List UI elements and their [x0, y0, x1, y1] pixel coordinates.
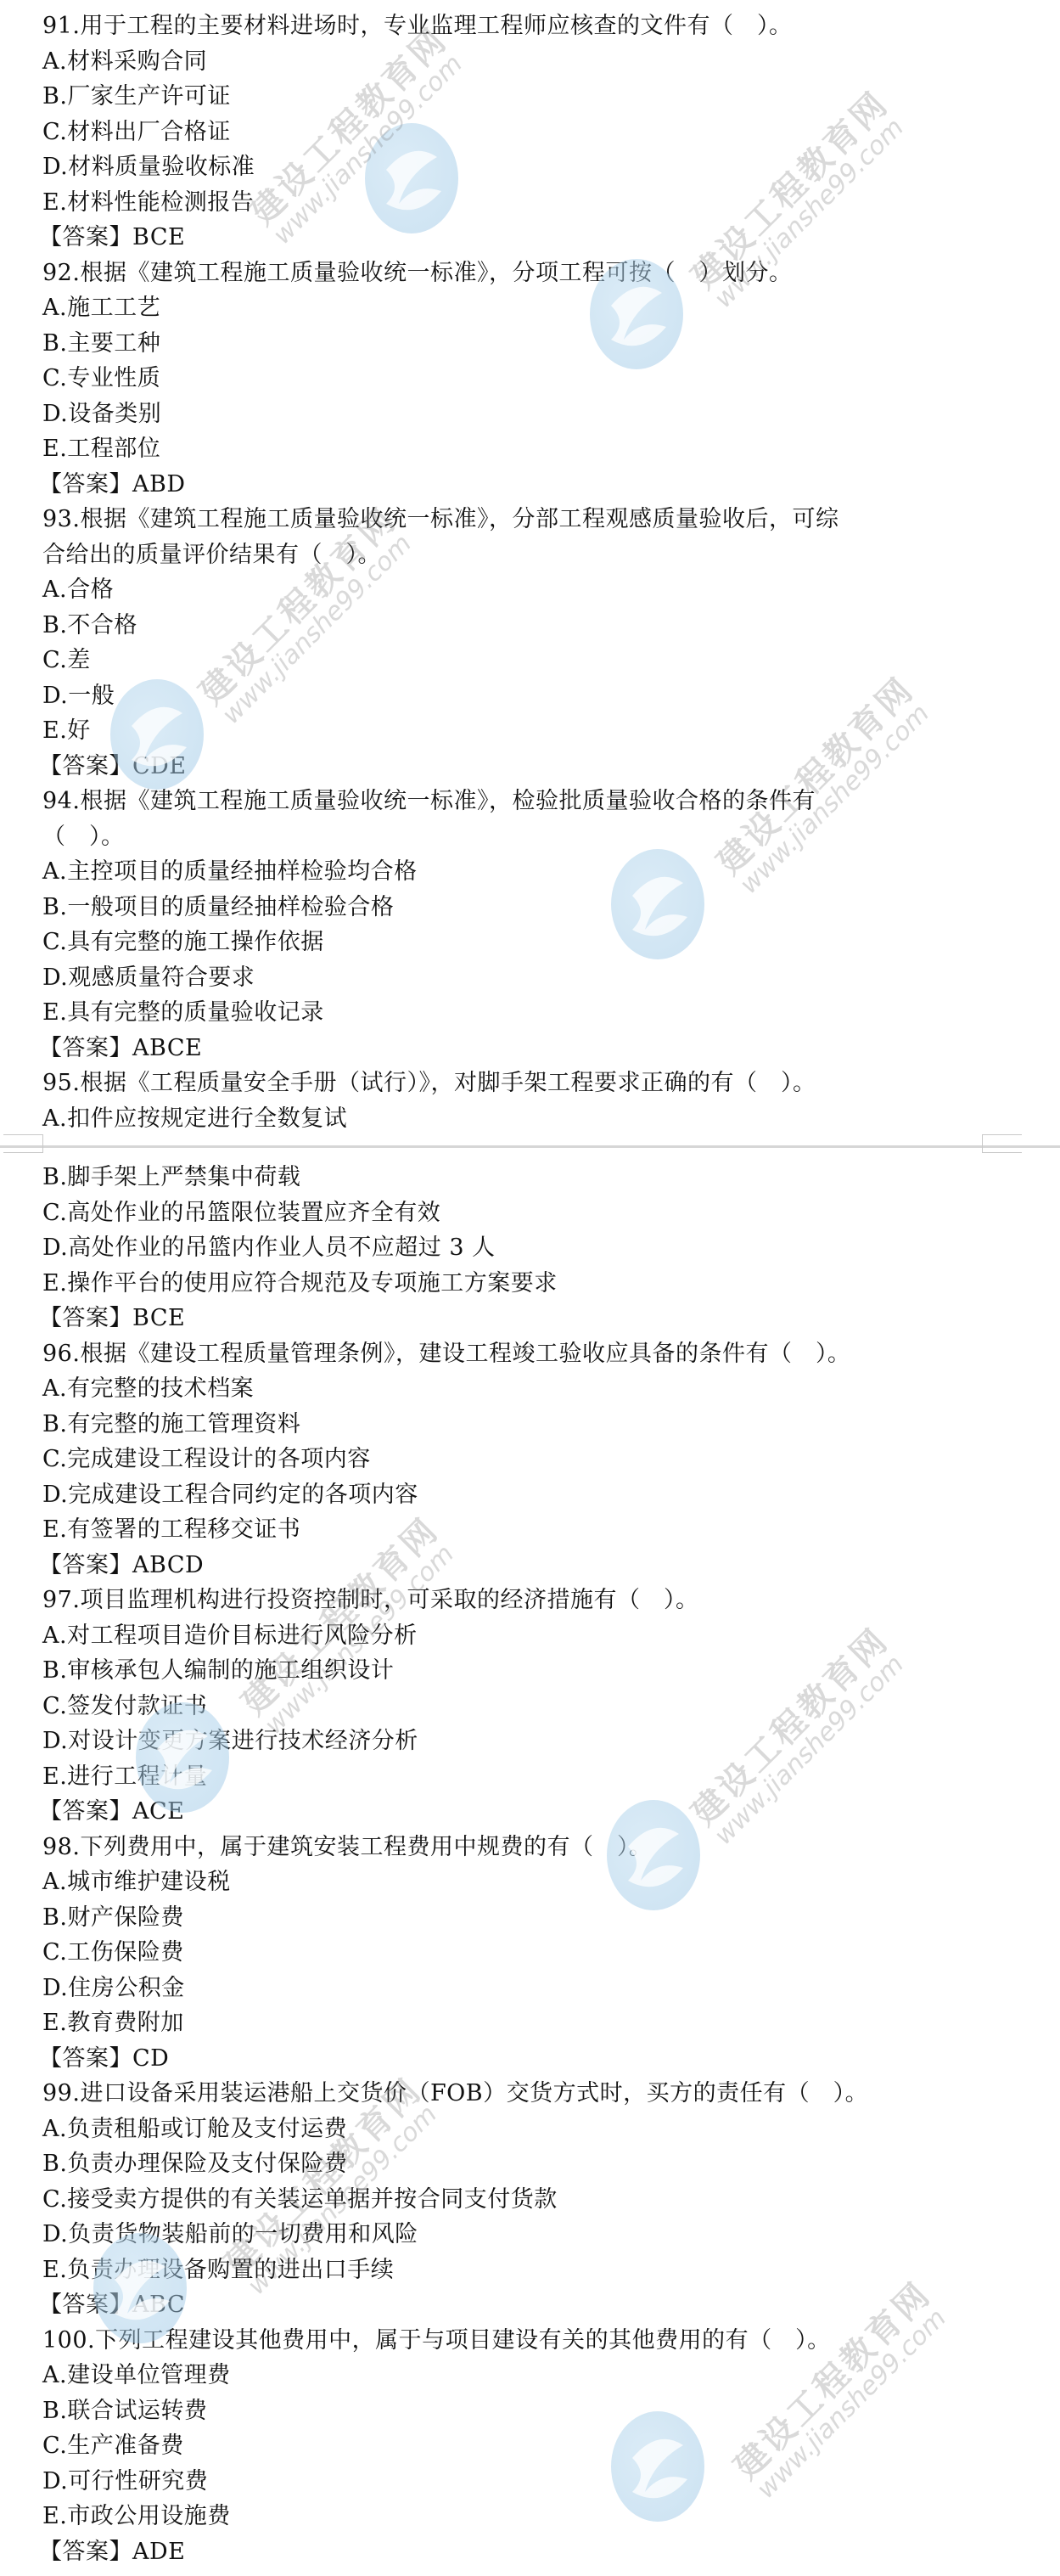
answer-label: 【答案】ABC — [39, 2287, 1018, 2323]
option-e: E.市政公用设施费 — [42, 2499, 1018, 2534]
question-stem: 91.用于工程的主要材料进场时，专业监理工程师应核查的文件有（ ）。 — [42, 8, 1018, 44]
question-stem: 92.根据《建筑工程施工质量验收统一标准》，分项工程可按（ ）划分。 — [42, 256, 1018, 291]
option-e: E.进行工程计量 — [42, 1759, 1018, 1795]
option-b: B.主要工种 — [42, 326, 1018, 362]
option-c: C.工伤保险费 — [42, 1935, 1018, 1971]
question-stem: 96.根据《建设工程质量管理条例》，建设工程竣工验收应具备的条件有（ ）。 — [42, 1336, 1018, 1372]
question-stem: 97.项目监理机构进行投资控制时，可采取的经济措施有（ ）。 — [42, 1583, 1018, 1618]
option-a: A.施工工艺 — [42, 290, 1018, 326]
answer-label: 【答案】CD — [39, 2041, 1018, 2077]
option-e: E.好 — [42, 713, 1018, 749]
option-b: B.厂家生产许可证 — [42, 79, 1018, 115]
question-block-92: 92.根据《建筑工程施工质量验收统一标准》，分项工程可按（ ）划分。 A.施工工… — [42, 256, 1018, 503]
option-c: C.接受卖方提供的有关装运单据并按合同支付货款 — [42, 2182, 1018, 2218]
answer-label: 【答案】ACE — [39, 1794, 1018, 1830]
question-block-94: 94.根据《建筑工程施工质量验收统一标准》，检验批质量验收合格的条件有 （ ）。… — [42, 784, 1018, 1066]
option-c: C.专业性质 — [42, 361, 1018, 397]
question-block-100: 100.下列工程建设其他费用中，属于与项目建设有关的其他费用的有（ ）。 A.建… — [42, 2323, 1018, 2570]
option-c: C.高处作业的吊篮限位装置应齐全有效 — [42, 1195, 1018, 1231]
question-block-93: 93.根据《建筑工程施工质量验收统一标准》，分部工程观感质量验收后，可综 合给出… — [42, 502, 1018, 784]
page-corner-mark-left — [3, 1134, 43, 1153]
option-e: E.有签署的工程移交证书 — [42, 1512, 1018, 1548]
answer-label: 【答案】BCE — [39, 1301, 1018, 1336]
question-block-96: 96.根据《建设工程质量管理条例》，建设工程竣工验收应具备的条件有（ ）。 A.… — [42, 1336, 1018, 1583]
option-b: B.一般项目的质量经抽样检验合格 — [42, 890, 1018, 925]
option-a: A.建设单位管理费 — [42, 2358, 1018, 2393]
option-d: D.对设计变更方案进行技术经济分析 — [42, 1724, 1018, 1759]
answer-label: 【答案】CDE — [39, 749, 1018, 785]
option-a: A.负责租船或订舱及支付运费 — [42, 2112, 1018, 2147]
option-d: D.可行性研究费 — [42, 2464, 1018, 2500]
question-block-97: 97.项目监理机构进行投资控制时，可采取的经济措施有（ ）。 A.对工程项目造价… — [42, 1583, 1018, 1830]
question-stem: 99.进口设备采用装运港船上交货价（FOB）交货方式时，买方的责任有（ ）。 — [42, 2076, 1018, 2112]
option-a: A.城市维护建设税 — [42, 1865, 1018, 1900]
option-e: E.负责办理设备购置的进出口手续 — [42, 2253, 1018, 2288]
option-b: B.负责办理保险及支付保险费 — [42, 2146, 1018, 2182]
question-stem: 100.下列工程建设其他费用中，属于与项目建设有关的其他费用的有（ ）。 — [42, 2323, 1018, 2359]
question-stem: 93.根据《建筑工程施工质量验收统一标准》，分部工程观感质量验收后，可综 — [42, 502, 1018, 537]
option-d: D.完成建设工程合同约定的各项内容 — [42, 1477, 1018, 1513]
answer-label: 【答案】ADE — [39, 2534, 1018, 2570]
option-b: B.联合试运转费 — [42, 2393, 1018, 2429]
option-c: C.材料出厂合格证 — [42, 115, 1018, 150]
option-c: C.具有完整的施工操作依据 — [42, 925, 1018, 960]
option-a: A.扣件应按规定进行全数复试 — [42, 1101, 1018, 1137]
document-page: 91.用于工程的主要材料进场时，专业监理工程师应核查的文件有（ ）。 A.材料采… — [0, 0, 1060, 2576]
option-c: C.生产准备费 — [42, 2428, 1018, 2464]
answer-label: 【答案】ABD — [39, 467, 1018, 503]
option-b: B.财产保险费 — [42, 1900, 1018, 1936]
question-block-95: 95.根据《工程质量安全手册（试行）》，对脚手架工程要求正确的有（ ）。 A.扣… — [42, 1066, 1018, 1336]
option-c: C.差 — [42, 643, 1018, 678]
option-e: E.教育费附加 — [42, 2005, 1018, 2041]
option-d: D.住房公积金 — [42, 1971, 1018, 2006]
option-a: A.材料采购合同 — [42, 44, 1018, 80]
option-e: E.工程部位 — [42, 431, 1018, 467]
option-d: D.设备类别 — [42, 397, 1018, 432]
question-block-91: 91.用于工程的主要材料进场时，专业监理工程师应核查的文件有（ ）。 A.材料采… — [42, 8, 1018, 256]
option-d: D.负责货物装船前的一切费用和风险 — [42, 2217, 1018, 2253]
answer-label: 【答案】ABCD — [39, 1548, 1018, 1583]
option-a: A.主控项目的质量经抽样检验均合格 — [42, 854, 1018, 890]
option-a: A.合格 — [42, 572, 1018, 608]
question-block-98: 98.下列费用中，属于建筑安装工程费用中规费的有（ ）。 A.城市维护建设税 B… — [42, 1830, 1018, 2077]
option-c: C.签发付款证书 — [42, 1689, 1018, 1724]
page-gap — [42, 1136, 1018, 1160]
answer-label: 【答案】BCE — [39, 220, 1018, 256]
option-d: D.观感质量符合要求 — [42, 960, 1018, 996]
option-e: E.具有完整的质量验收记录 — [42, 995, 1018, 1031]
question-stem-continued: 合给出的质量评价结果有（ ）。 — [42, 537, 1018, 573]
option-e: E.操作平台的使用应符合规范及专项施工方案要求 — [42, 1266, 1018, 1302]
option-d: D.一般 — [42, 678, 1018, 714]
option-b: B.审核承包人编制的施工组织设计 — [42, 1653, 1018, 1689]
question-stem: 98.下列费用中，属于建筑安装工程费用中规费的有（ ）。 — [42, 1830, 1018, 1865]
option-b: B.有完整的施工管理资料 — [42, 1407, 1018, 1443]
option-b: B.脚手架上严禁集中荷载 — [42, 1160, 1018, 1195]
option-b: B.不合格 — [42, 608, 1018, 644]
option-a: A.对工程项目造价目标进行风险分析 — [42, 1618, 1018, 1654]
option-d: D.材料质量验收标准 — [42, 149, 1018, 185]
option-a: A.有完整的技术档案 — [42, 1371, 1018, 1407]
option-c: C.完成建设工程设计的各项内容 — [42, 1442, 1018, 1477]
question-stem: 94.根据《建筑工程施工质量验收统一标准》，检验批质量验收合格的条件有 — [42, 784, 1018, 819]
option-e: E.材料性能检测报告 — [42, 185, 1018, 221]
question-block-99: 99.进口设备采用装运港船上交货价（FOB）交货方式时，买方的责任有（ ）。 A… — [42, 2076, 1018, 2323]
question-list: 91.用于工程的主要材料进场时，专业监理工程师应核查的文件有（ ）。 A.材料采… — [42, 8, 1018, 2569]
question-stem-continued: （ ）。 — [42, 819, 1018, 855]
answer-label: 【答案】ABCE — [39, 1031, 1018, 1066]
question-stem: 95.根据《工程质量安全手册（试行）》，对脚手架工程要求正确的有（ ）。 — [42, 1066, 1018, 1101]
option-d: D.高处作业的吊篮内作业人员不应超过 3 人 — [42, 1230, 1018, 1266]
